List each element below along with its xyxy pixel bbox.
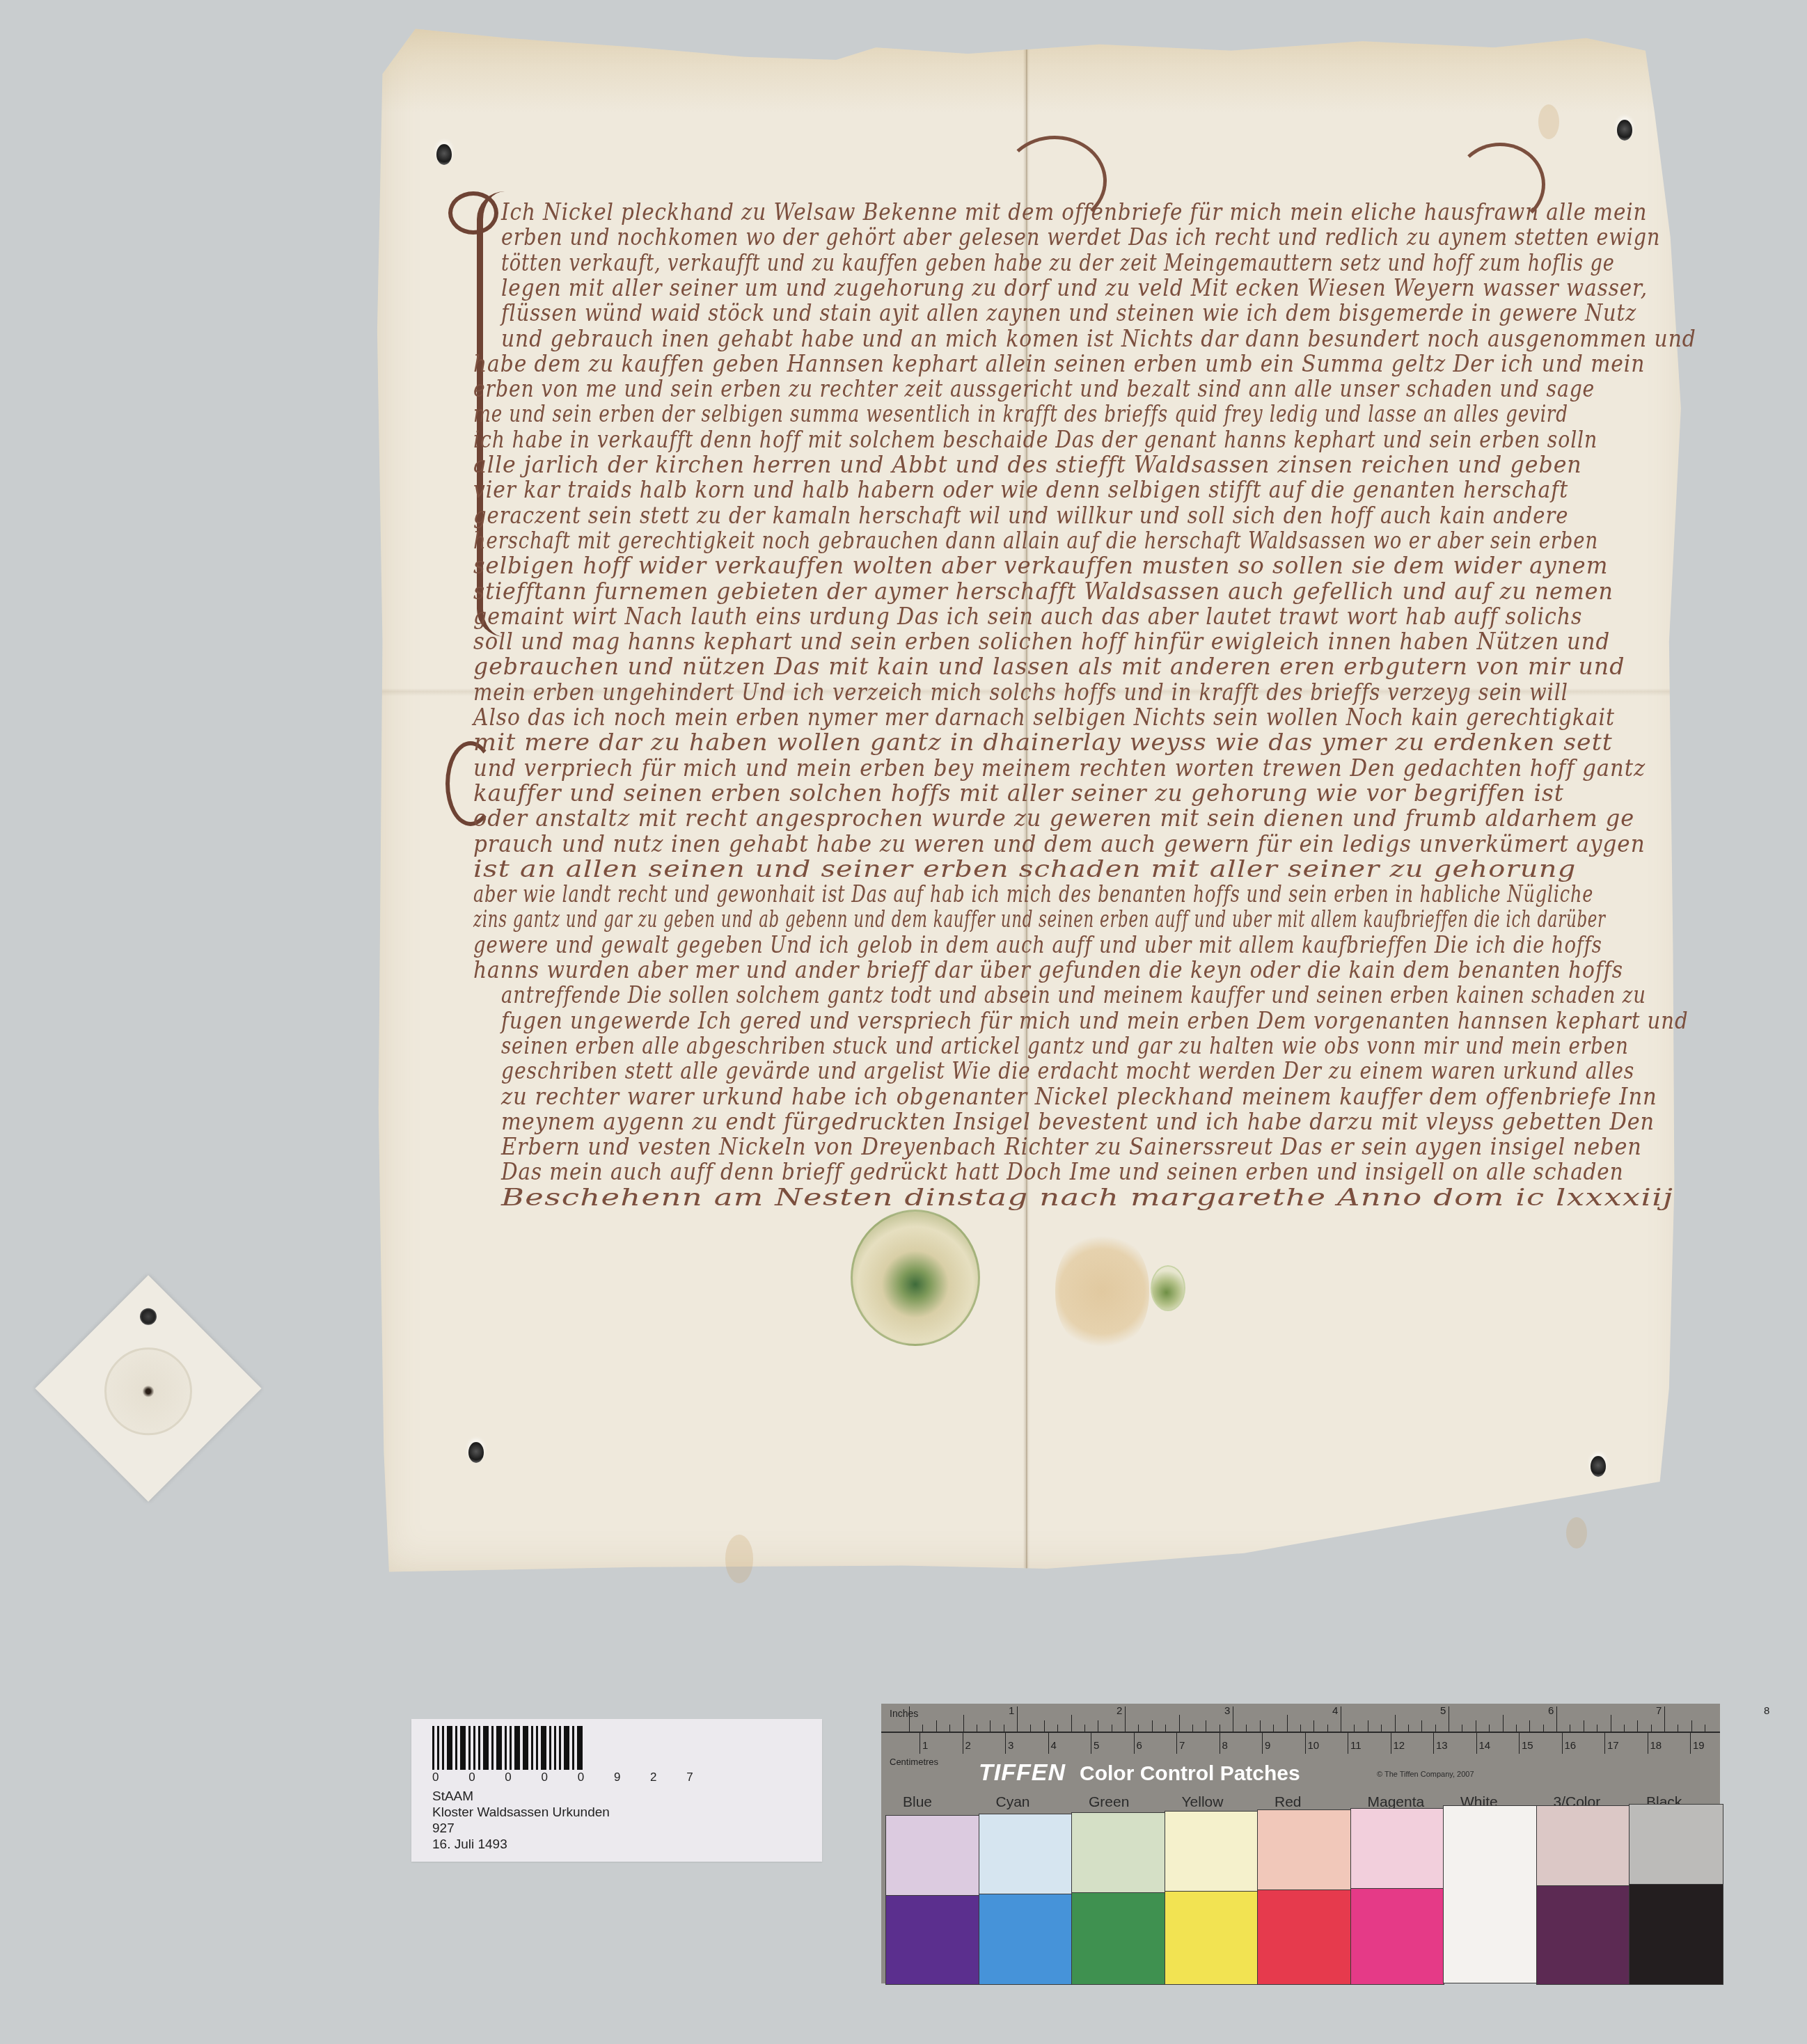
patch-yellow-dark	[1165, 1891, 1259, 1985]
cm-tick	[1348, 1733, 1348, 1754]
stain	[1566, 1517, 1587, 1548]
handwritten-line: ist an allen seinen und seiner erben sch…	[473, 855, 1577, 882]
cm-mark: 7	[1179, 1740, 1185, 1752]
cm-mark: 10	[1308, 1740, 1320, 1752]
ruler-tick	[949, 1725, 950, 1732]
color-control-chart: Inches 12345678 123456789101112131415161…	[881, 1704, 1720, 1983]
centimetres-label: Centimetres	[890, 1757, 938, 1767]
cm-mark: 18	[1650, 1740, 1662, 1752]
handwritten-line: mit mere dar zu haben wollen gantz in dh…	[473, 729, 1613, 756]
cm-tick	[1391, 1733, 1391, 1754]
ruler-tick	[1354, 1725, 1355, 1732]
cm-tick	[920, 1733, 920, 1754]
patch-label-blue: Blue	[903, 1794, 932, 1811]
handwritten-line: fugen ungewerde Ich gered und verspriech…	[501, 1007, 1689, 1034]
ruler-tick	[1341, 1706, 1341, 1732]
patch-red-light	[1257, 1809, 1352, 1891]
ruler-tick	[1112, 1725, 1112, 1732]
cm-tick	[1519, 1733, 1520, 1754]
cm-tick	[1091, 1733, 1091, 1754]
handwritten-line: tötten verkauft, verkaufft und zu kauffe…	[501, 249, 1615, 276]
inch-mark: 7	[1656, 1705, 1662, 1717]
ruler-tick	[1529, 1720, 1530, 1732]
binder-hole	[1617, 120, 1632, 141]
handwritten-line: me und sein erben der selbigen summa wes…	[473, 400, 1568, 427]
cm-tick	[1176, 1733, 1177, 1754]
cm-tick	[1562, 1733, 1563, 1754]
ruler-tick	[1421, 1720, 1422, 1732]
tiffen-logo: TIFFEN	[979, 1759, 1066, 1786]
ruler-tick	[1516, 1725, 1517, 1732]
patch-label-green: Green	[1089, 1794, 1129, 1811]
handwritten-line: prauch und nutz inen gehabt habe zu were…	[473, 830, 1646, 857]
chart-title: Color Control Patches	[1080, 1762, 1300, 1786]
ruler-tick	[1705, 1725, 1705, 1732]
patch-black-light	[1629, 1804, 1723, 1885]
ruler-tick	[1449, 1706, 1449, 1732]
ruler-tick	[1597, 1725, 1597, 1732]
patch-blue-dark	[885, 1895, 980, 1985]
ruler-tick	[1584, 1720, 1584, 1732]
handwritten-line: aber wie landt recht und gewonhait ist D…	[473, 880, 1593, 908]
handwritten-line: gewere und gewalt gegeben Und ich gelob …	[473, 931, 1602, 958]
inch-mark: 6	[1548, 1705, 1554, 1717]
handwritten-text: Ich Nickel pleckhand zu Welsaw Bekenne m…	[480, 198, 1684, 1242]
ruler-tick	[1233, 1706, 1233, 1732]
ruler-tick	[1017, 1706, 1018, 1732]
small-green-seal-fragment	[1151, 1265, 1185, 1311]
patch-green-light	[1071, 1812, 1166, 1894]
archive-name: StAAM	[432, 1789, 610, 1805]
cm-tick	[1476, 1733, 1477, 1754]
ruler-tick	[1408, 1725, 1409, 1732]
cm-tick	[963, 1733, 963, 1754]
cm-mark: 2	[965, 1740, 971, 1752]
handwritten-line: oder anstaltz mit recht angesprochen wur…	[473, 805, 1634, 832]
cm-mark: 5	[1094, 1740, 1099, 1752]
cm-mark: 8	[1222, 1740, 1228, 1752]
handwritten-line: und gebrauch inen gehabt habe und an mic…	[501, 325, 1696, 352]
ruler-tick	[1543, 1725, 1544, 1732]
ruler-tick	[1220, 1725, 1220, 1732]
handwritten-line: mein erben ungehindert Und ich verzeich …	[473, 679, 1568, 706]
ruler-tick	[1084, 1725, 1085, 1732]
ruler-tick	[1462, 1725, 1462, 1732]
cm-tick	[1005, 1733, 1006, 1754]
handwritten-line: Das mein auch auff denn brieff gedrückt …	[501, 1158, 1624, 1185]
handwritten-line: ich habe in verkaufft denn hoff mit solc…	[473, 426, 1597, 453]
handwritten-line: Ich Nickel pleckhand zu Welsaw Bekenne m…	[501, 198, 1647, 225]
archive-label: 0 0 0 0 0 9 2 7 StAAM Kloster Waldsassen…	[411, 1719, 822, 1862]
seal-impression	[104, 1347, 192, 1435]
patch-3-color-light	[1536, 1805, 1631, 1887]
cm-mark: 4	[1051, 1740, 1057, 1752]
handwritten-line: meynem aygenn zu endt fürgedruckten Insi…	[501, 1108, 1655, 1135]
barcode-digits: 0 0 0 0 0 9 2 7	[432, 1770, 707, 1784]
cm-mark: 16	[1565, 1740, 1577, 1752]
ruler-tick	[1651, 1725, 1652, 1732]
ruler-tick	[936, 1720, 937, 1732]
ruler-tick	[1125, 1706, 1126, 1732]
handwritten-line: zu rechter warer urkund habe ich obgenan…	[501, 1083, 1657, 1110]
copyright: © The Tiffen Company, 2007	[1377, 1770, 1474, 1779]
patch-yellow-light	[1165, 1811, 1259, 1892]
handwritten-line: antreffende Die sollen solchem gantz tod…	[501, 981, 1646, 1008]
cm-mark: 9	[1265, 1740, 1270, 1752]
inch-mark: 2	[1116, 1705, 1122, 1717]
handwritten-line: geschriben stett alle gevärde und argeli…	[501, 1057, 1634, 1084]
ruler-tick	[1273, 1725, 1274, 1732]
ruler-tick	[1152, 1720, 1153, 1732]
green-wax-seal	[851, 1210, 980, 1346]
ruler-tick	[1611, 1715, 1611, 1732]
cm-mark: 19	[1693, 1740, 1705, 1752]
ruler-tick	[922, 1725, 923, 1732]
ruler-tick	[1071, 1715, 1072, 1732]
barcode	[432, 1726, 585, 1770]
binder-hole	[136, 1305, 160, 1329]
ruler-tick	[1476, 1720, 1476, 1732]
patch-3-color-dark	[1536, 1885, 1631, 1985]
ruler-tick	[1044, 1720, 1045, 1732]
patch-label-yellow: Yellow	[1182, 1794, 1224, 1811]
handwritten-line: Erbern und vesten Nickeln von Dreyenbach…	[501, 1133, 1642, 1160]
patch-red-dark	[1257, 1889, 1352, 1985]
ruler-tick	[1138, 1725, 1139, 1732]
handwritten-line: geraczent sein stett zu der kamaln hersc…	[473, 502, 1568, 529]
patch-magenta-dark	[1350, 1888, 1445, 1985]
ruler-tick	[1057, 1725, 1058, 1732]
cm-ruler: 12345678910111213141516171819	[881, 1733, 1720, 1754]
ruler-tick	[909, 1706, 910, 1732]
inch-mark: 1	[1009, 1705, 1014, 1717]
patch-black-dark	[1629, 1884, 1723, 1985]
cm-mark: 15	[1522, 1740, 1533, 1752]
patch-white	[1443, 1805, 1538, 1983]
cm-mark: 1	[922, 1740, 928, 1752]
ruler-tick	[1098, 1720, 1098, 1732]
collection-name: Kloster Waldsassen Urkunden	[432, 1805, 610, 1821]
cm-tick	[1690, 1733, 1691, 1754]
patch-magenta-light	[1350, 1808, 1445, 1889]
ruler-tick	[963, 1715, 964, 1732]
patch-cyan-light	[979, 1814, 1073, 1895]
ruler-tick	[1246, 1725, 1247, 1732]
inch-mark: 8	[1764, 1705, 1769, 1717]
ruler-tick	[1489, 1725, 1490, 1732]
cm-mark: 11	[1350, 1740, 1362, 1752]
inch-mark: 5	[1440, 1705, 1446, 1717]
handwritten-line: selbigen hoff wider verkauffen wolten ab…	[473, 552, 1608, 579]
binder-hole	[436, 144, 452, 165]
handwritten-line: Beschehenn am Nesten dinstag nach margar…	[501, 1184, 1673, 1211]
cm-tick	[1648, 1733, 1648, 1754]
handwritten-line: flüssen wünd waid stöck und stain ayit a…	[501, 299, 1636, 326]
handwritten-line: legen mit aller seiner um und zugehorung…	[501, 274, 1648, 301]
document-number: 927	[432, 1821, 610, 1837]
handwritten-line: habe dem zu kauffen geben Hannsen kephar…	[473, 350, 1645, 377]
ruler-tick	[1637, 1720, 1638, 1732]
cm-mark: 17	[1607, 1740, 1619, 1752]
handwritten-line: Also das ich noch mein erben nymer mer d…	[473, 704, 1615, 731]
ruler-tick	[1624, 1725, 1625, 1732]
cm-mark: 14	[1479, 1740, 1491, 1752]
handwritten-line: gemaint wirt Nach lauth eins urdung Das …	[473, 603, 1582, 630]
ruler-tick	[1192, 1725, 1193, 1732]
ruler-tick	[1395, 1715, 1396, 1732]
handwritten-line: zins gantz und gar zu geben und ab geben…	[473, 905, 1606, 933]
handwritten-line: erben von me und sein erben zu rechter z…	[473, 375, 1595, 402]
ruler-tick	[990, 1720, 991, 1732]
ruler-tick	[1287, 1715, 1288, 1732]
cm-tick	[1433, 1733, 1434, 1754]
binder-hole	[1591, 1456, 1606, 1477]
handwritten-line: vier kar traids halb korn und halb haber…	[473, 476, 1568, 503]
handwritten-line: alle jarlich der kirchen herren und Abbt…	[473, 451, 1582, 478]
handwritten-line: stiefftann furnemen gebieten der aymer h…	[473, 578, 1613, 605]
ruler-tick	[1570, 1725, 1570, 1732]
cm-tick	[1262, 1733, 1263, 1754]
stain	[1538, 104, 1559, 139]
ruler-tick	[1368, 1720, 1368, 1732]
cm-tick	[1305, 1733, 1306, 1754]
cm-mark: 12	[1394, 1740, 1405, 1752]
ruler-tick	[1260, 1720, 1261, 1732]
stain	[725, 1535, 753, 1583]
ruler-tick	[1435, 1725, 1436, 1732]
ruler-tick	[1179, 1715, 1180, 1732]
handwritten-line: seinen erben alle abgeschriben stuck und…	[501, 1032, 1629, 1059]
patch-label-red: Red	[1275, 1794, 1302, 1811]
document-date: 16. Juli 1493	[432, 1837, 610, 1853]
tan-wax-seal	[1055, 1230, 1149, 1352]
handwritten-line: kauffer und seinen erben solchen hoffs m…	[473, 779, 1564, 807]
inches-label: Inches	[890, 1708, 918, 1719]
patch-label-cyan: Cyan	[996, 1794, 1030, 1811]
cm-tick	[1134, 1733, 1135, 1754]
binder-hole	[468, 1442, 484, 1463]
handwritten-line: erben und nochkomen wo der gehört aber g…	[501, 223, 1660, 251]
cm-tick	[1048, 1733, 1049, 1754]
ruler-tick	[1327, 1725, 1328, 1732]
handwritten-line: herschaft mit gerechtigkeit noch gebrauc…	[473, 527, 1598, 554]
cm-mark: 6	[1137, 1740, 1142, 1752]
cm-tick	[1220, 1733, 1220, 1754]
ruler-tick	[1004, 1725, 1004, 1732]
inch-mark: 3	[1224, 1705, 1230, 1717]
ruler-tick	[1678, 1725, 1678, 1732]
ruler-tick	[1381, 1725, 1382, 1732]
ruler-tick	[977, 1725, 977, 1732]
patch-blue-light	[885, 1815, 980, 1896]
ruler-tick	[1313, 1720, 1314, 1732]
cm-mark: 13	[1436, 1740, 1448, 1752]
ruler-tick	[1691, 1720, 1692, 1732]
handwritten-line: und verpriech für mich und mein erben be…	[473, 754, 1646, 782]
ruler-tick	[1664, 1706, 1665, 1732]
patch-green-dark	[1071, 1892, 1166, 1985]
handwritten-line: soll und mag hanns kephart und sein erbe…	[473, 628, 1610, 655]
cm-tick	[1604, 1733, 1605, 1754]
patch-cyan-dark	[979, 1894, 1073, 1985]
cm-mark: 3	[1008, 1740, 1013, 1752]
ruler-tick	[1556, 1706, 1557, 1732]
handwritten-line: gebrauchen und nützen Das mit kain und l…	[473, 653, 1625, 680]
ruler-tick	[1165, 1725, 1166, 1732]
loose-seal-piece	[35, 1275, 261, 1501]
ruler-tick	[1030, 1725, 1031, 1732]
handwritten-line: hanns wurden aber mer und ander brieff d…	[473, 956, 1623, 983]
ruler-tick	[1206, 1720, 1206, 1732]
ruler-tick	[1503, 1715, 1504, 1732]
ruler-tick	[1300, 1725, 1301, 1732]
inch-mark: 4	[1332, 1705, 1338, 1717]
inch-ruler: Inches 12345678	[881, 1704, 1720, 1733]
